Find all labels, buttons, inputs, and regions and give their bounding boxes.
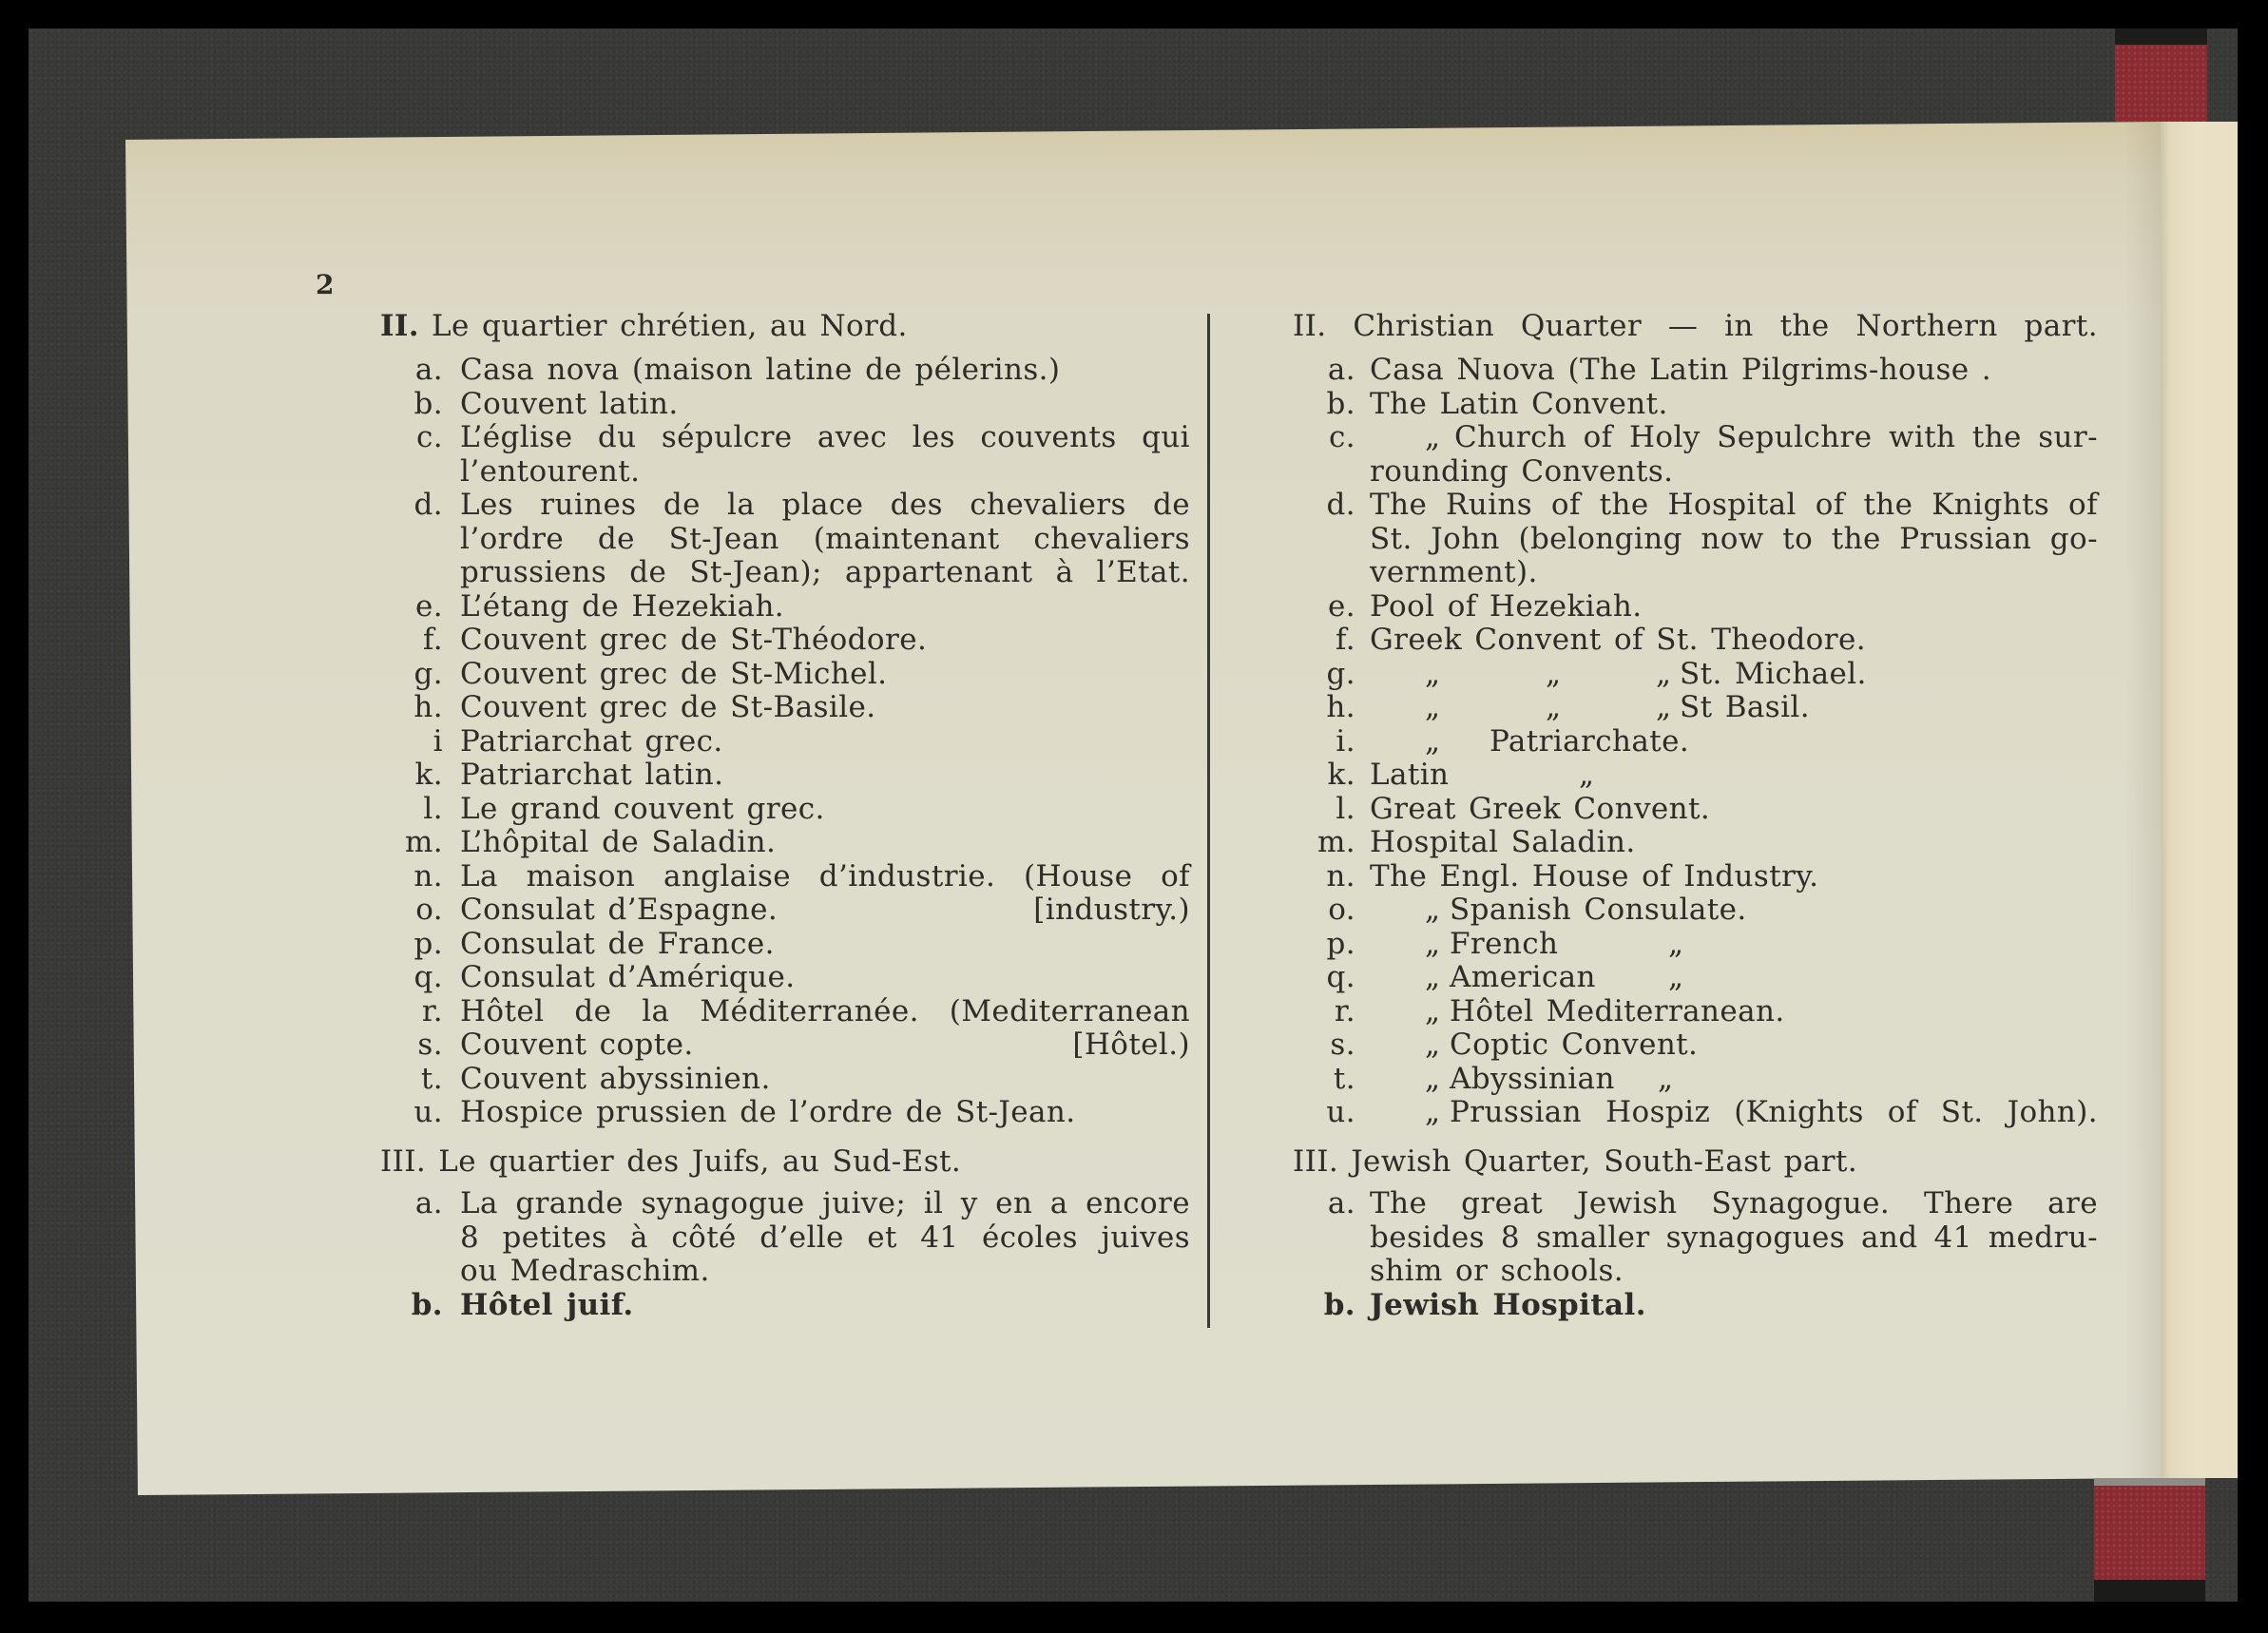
en-entry-f: f.Greek Convent of St. Theodore.	[1293, 624, 2098, 658]
en-s3-entry-a-cont-2: shim or schools.	[1293, 1255, 2098, 1289]
fr-entry-k: k.Patriarchat latin.	[380, 759, 1190, 793]
en-entry-c-cont: rounding Convents.	[1293, 455, 2098, 490]
entry-text: Great Greek Convent.	[1370, 793, 2098, 827]
entry-text: „ Hôtel Mediterranean.	[1370, 995, 2098, 1029]
fr-entry-d-cont-2: prussiens de St-Jean); appartenant à l’E…	[380, 556, 1190, 590]
entry-letter: a.	[380, 1187, 443, 1221]
entry-letter: i	[380, 725, 443, 759]
entry-letter: m.	[380, 826, 443, 860]
ditto-mark: „	[1425, 893, 1440, 928]
entry-letter-blank	[380, 455, 443, 490]
entry-letter-blank	[380, 1221, 443, 1256]
entry-letter: r.	[1293, 995, 1355, 1029]
entry-letter: p.	[1293, 928, 1355, 962]
entry-text: shim or schools.	[1370, 1255, 2098, 1289]
en-section-3-list: a.The great Jewish Synagogue. There are …	[1293, 1187, 2098, 1322]
entry-text: La grande synagogue juive; il y en a enc…	[460, 1187, 1190, 1221]
entry-main: Coptic Convent.	[1450, 1028, 1698, 1063]
fr-entry-n: n.La maison anglaise d’industrie. (House…	[380, 860, 1190, 894]
en-entry-e: e.Pool of Hezekiah.	[1293, 590, 2098, 624]
entry-letter: a.	[1293, 1187, 1355, 1221]
entry-text: Hospital Saladin.	[1370, 826, 2098, 860]
ditto-mark: „	[1425, 1028, 1440, 1063]
entry-text: prussiens de St-Jean); appartenant à l’E…	[460, 556, 1190, 590]
fr-entry-i: iPatriarchat grec.	[380, 725, 1190, 759]
entry-text: „ Prussian Hospiz (Knights of St. John).	[1370, 1096, 2098, 1130]
entry-letter: g.	[1293, 658, 1355, 692]
en-entry-l: l.Great Greek Convent.	[1293, 793, 2098, 827]
page-fold-shadow	[2124, 122, 2161, 1479]
entry-text: „ „ „ St. Michael.	[1370, 658, 2098, 692]
entry-text: l’ordre de St-Jean (maintenant chevalier…	[460, 523, 1190, 557]
fr-entry-m: m.L’hôpital de Saladin.	[380, 826, 1190, 860]
entry-main: Hôtel Mediterranean.	[1450, 995, 1785, 1029]
ditto-mark: „	[1658, 1063, 1673, 1097]
en-entry-k: k. Latin „	[1293, 759, 2098, 793]
en-section-3-heading: III.Jewish Quarter, South-East part.	[1293, 1145, 2098, 1180]
entry-text: The Latin Convent.	[1370, 388, 2098, 422]
entry-english-note: [Hôtel.)	[1072, 1028, 1190, 1063]
fr-section-2-list: a.Casa nova (maison latine de pélerins.)…	[380, 354, 1190, 1130]
entry-text: Latin „	[1370, 759, 2098, 793]
fr-entry-r: r.Hôtel de la Méditerranée. (Mediterrane…	[380, 995, 1190, 1029]
binding-bottom-edge	[2094, 1478, 2205, 1486]
en-entry-g: g. „ „ „ St. Michael.	[1293, 658, 2098, 692]
entry-text: Couvent grec de St-Basile.	[460, 691, 1190, 725]
fr-entry-h: h.Couvent grec de St-Basile.	[380, 691, 1190, 725]
entry-text: Jewish Hospital.	[1370, 1289, 2098, 1323]
en-s3-entry-b: b.Jewish Hospital.	[1293, 1289, 2098, 1323]
fr-entry-s: s.Couvent copte.[Hôtel.)	[380, 1028, 1190, 1063]
entry-letter: d.	[1293, 489, 1355, 523]
fr-section-3-heading: III.Le quartier des Juifs, au Sud-Est.	[380, 1145, 1190, 1180]
ditto-mark: „	[1425, 691, 1440, 725]
ditto-mark: „	[1425, 961, 1440, 995]
fr-entry-f: f.Couvent grec de St-Théodore.	[380, 624, 1190, 658]
entry-text: The Ruins of the Hospital of the Knights…	[1370, 489, 2098, 523]
entry-letter: b.	[380, 1289, 443, 1323]
entry-letter: q.	[1293, 961, 1355, 995]
entry-letter: b.	[1293, 1289, 1355, 1323]
entry-letter-blank	[1293, 1221, 1355, 1256]
section-numeral: II.	[1293, 309, 1327, 343]
entry-text: L’hôpital de Saladin.	[460, 826, 1190, 860]
entry-text: Casa Nuova (The Latin Pilgrims-house .	[1370, 354, 2098, 388]
ditto-mark: „	[1425, 1063, 1440, 1097]
fr-s3-entry-a: a.La grande synagogue juive; il y en a e…	[380, 1187, 1190, 1221]
entry-main: Latin	[1370, 759, 1449, 793]
entry-letter: n.	[1293, 860, 1355, 894]
entry-text: rounding Convents.	[1370, 455, 2098, 490]
en-entry-d-cont-2: vernment).	[1293, 556, 2098, 590]
fr-entry-o: o.Consulat d’Espagne.[industry.)	[380, 893, 1190, 928]
fr-entry-c: c.L’église du sépulcre avec les couvents…	[380, 421, 1190, 455]
entry-letter: t.	[1293, 1063, 1355, 1097]
entry-letter-blank	[380, 1255, 443, 1289]
entry-text: Patriarchat grec.	[460, 725, 1190, 759]
entry-letter: l.	[1293, 793, 1355, 827]
entry-text: Casa nova (maison latine de pélerins.)	[460, 354, 1190, 388]
entry-text: Hospice prussien de l’ordre de St-Jean.	[460, 1096, 1190, 1130]
entry-letter: h.	[380, 691, 443, 725]
entry-text: Couvent grec de St-Théodore.	[460, 624, 1190, 658]
entry-letter: f.	[380, 624, 443, 658]
entry-letter: l.	[380, 793, 443, 827]
section-numeral: III.	[1293, 1144, 1338, 1179]
en-s3-entry-a-cont-1: besides 8 smaller synagogues and 41 medr…	[1293, 1221, 2098, 1256]
entry-text: Consulat d’Espagne.[industry.)	[460, 893, 1190, 928]
ditto-mark: „	[1656, 691, 1671, 725]
entry-text: „ Patriarchate.	[1370, 725, 2098, 759]
en-entry-d-cont-1: St. John (belonging now to the Prussian …	[1293, 523, 2098, 557]
fr-entry-e: e.L’étang de Hezekiah.	[380, 590, 1190, 624]
entry-text: vernment).	[1370, 556, 2098, 590]
entry-main: Consulat d’Espagne.	[460, 893, 778, 928]
entry-letter: c.	[380, 421, 443, 455]
french-column: II.Le quartier chrétien, au Nord. a.Casa…	[380, 310, 1190, 1322]
en-section-2-list: a.Casa Nuova (The Latin Pilgrims-house .…	[1293, 354, 2098, 1130]
entry-text: The great Jewish Synagogue. There are	[1370, 1187, 2098, 1221]
page-number: 2	[316, 269, 334, 301]
entry-letter-blank	[380, 556, 443, 590]
entry-letter: t.	[380, 1063, 443, 1097]
entry-letter: b.	[1293, 388, 1355, 422]
entry-letter: i.	[1293, 725, 1355, 759]
entry-main: Hôtel de la Méditerranée.	[460, 994, 919, 1028]
entry-letter-blank	[1293, 1255, 1355, 1289]
fr-section-3-list: a.La grande synagogue juive; il y en a e…	[380, 1187, 1190, 1322]
entry-letter-blank	[1293, 455, 1355, 490]
entry-letter-blank	[1293, 523, 1355, 557]
entry-letter: u.	[380, 1096, 443, 1130]
entry-letter: k.	[1293, 759, 1355, 793]
entry-main: La maison anglaise d’industrie.	[460, 859, 995, 893]
section-numeral: III.	[380, 1144, 426, 1179]
en-entry-a: a.Casa Nuova (The Latin Pilgrims-house .	[1293, 354, 2098, 388]
entry-letter: k.	[380, 759, 443, 793]
entry-letter: o.	[1293, 893, 1355, 928]
entry-letter: r.	[380, 995, 443, 1029]
section-title: Christian Quarter — in the Northern part…	[1353, 309, 2098, 343]
entry-text: St. John (belonging now to the Prussian …	[1370, 523, 2098, 557]
binding-bottom-band	[2094, 1580, 2205, 1602]
fr-section-2-heading: II.Le quartier chrétien, au Nord.	[380, 310, 1190, 344]
entry-letter: f.	[1293, 624, 1355, 658]
ditto-mark: „	[1425, 1096, 1440, 1130]
entry-english-note: (Mediterranean	[950, 994, 1190, 1028]
ditto-mark: „	[1425, 725, 1440, 759]
entry-text: Consulat d’Amérique.	[460, 961, 1190, 995]
en-entry-q: q. „ American „	[1293, 961, 2098, 995]
binding-bottom-ribbon	[2094, 1486, 2205, 1580]
en-section-2-heading: II. Christian Quarter — in the Northern …	[1293, 310, 2098, 344]
entry-letter: b.	[380, 388, 443, 422]
entry-text: „ Coptic Convent.	[1370, 1028, 2098, 1063]
entry-letter: u.	[1293, 1096, 1355, 1130]
entry-main: Church of Holy Sepulchre with the sur-	[1454, 421, 2098, 455]
entry-letter: e.	[1293, 590, 1355, 624]
en-entry-m: m.Hospital Saladin.	[1293, 826, 2098, 860]
entry-main: Patriarchate.	[1490, 725, 1689, 759]
en-entry-r: r. „ Hôtel Mediterranean.	[1293, 995, 2098, 1029]
entry-letter: c.	[1293, 421, 1355, 455]
entry-text: „ Spanish Consulate.	[1370, 893, 2098, 928]
en-entry-c: c. „ Church of Holy Sepulchre with the s…	[1293, 421, 2098, 455]
fr-s3-entry-a-cont-2: ou Medraschim.	[380, 1255, 1190, 1289]
fr-entry-d: d.Les ruines de la place des chevaliers …	[380, 489, 1190, 523]
entry-text: Couvent abyssinien.	[460, 1063, 1190, 1097]
ditto-mark: „	[1668, 961, 1683, 995]
binding-top-ribbon	[2115, 45, 2207, 122]
fr-s3-entry-a-cont-1: 8 petites à côté d’elle et 41 écoles jui…	[380, 1221, 1190, 1256]
entry-text: ou Medraschim.	[460, 1255, 1190, 1289]
fr-entry-l: l.Le grand couvent grec.	[380, 793, 1190, 827]
fr-entry-p: p.Consulat de France.	[380, 928, 1190, 962]
ditto-mark: „	[1425, 995, 1440, 1029]
en-entry-s: s. „ Coptic Convent.	[1293, 1028, 2098, 1063]
entry-main: Couvent copte.	[460, 1028, 694, 1063]
en-entry-b: b.The Latin Convent.	[1293, 388, 2098, 422]
fr-entry-a: a.Casa nova (maison latine de pélerins.)	[380, 354, 1190, 388]
entry-text: Couvent grec de St-Michel.	[460, 658, 1190, 692]
entry-main: Abyssinian	[1450, 1063, 1615, 1097]
entry-text: L’église du sépulcre avec les couvents q…	[460, 421, 1190, 455]
entry-letter: m.	[1293, 826, 1355, 860]
entry-text: The Engl. House of Industry.	[1370, 860, 2098, 894]
fr-entry-u: u.Hospice prussien de l’ordre de St-Jean…	[380, 1096, 1190, 1130]
entry-english-note: (House of	[1024, 859, 1190, 893]
entry-letter: h.	[1293, 691, 1355, 725]
en-entry-h: h. „ „ „ St Basil.	[1293, 691, 2098, 725]
entry-text: La maison anglaise d’industrie. (House o…	[460, 860, 1190, 894]
ditto-mark: „	[1668, 928, 1683, 962]
next-page-edge	[2161, 122, 2238, 1478]
english-column: II. Christian Quarter — in the Northern …	[1293, 310, 2098, 1322]
fr-s3-entry-b: b.Hôtel juif.	[380, 1289, 1190, 1323]
entry-text: „ Abyssinian „	[1370, 1063, 2098, 1097]
entry-letter: p.	[380, 928, 443, 962]
entry-text: „ American „	[1370, 961, 2098, 995]
section-title: Le quartier chrétien, au Nord.	[432, 309, 908, 343]
entry-main: Prussian Hospiz (Knights of St. John).	[1450, 1096, 2098, 1130]
ditto-mark: „	[1425, 928, 1440, 962]
entry-letter-blank	[380, 523, 443, 557]
ditto-mark: „	[1579, 759, 1594, 793]
entry-main: Spanish Consulate.	[1450, 893, 1747, 928]
entry-text: Couvent latin.	[460, 388, 1190, 422]
ditto-mark: „	[1546, 658, 1561, 692]
ditto-mark: „	[1425, 421, 1440, 455]
fr-entry-d-cont-1: l’ordre de St-Jean (maintenant chevalier…	[380, 523, 1190, 557]
entry-letter: e.	[380, 590, 443, 624]
entry-text: „ French „	[1370, 928, 2098, 962]
entry-text: besides 8 smaller synagogues and 41 medr…	[1370, 1221, 2098, 1256]
en-entry-n: n.The Engl. House of Industry.	[1293, 860, 2098, 894]
entry-letter: o.	[380, 893, 443, 928]
entry-main: American	[1450, 961, 1596, 995]
entry-main: French	[1450, 928, 1558, 962]
entry-text: Hôtel juif.	[460, 1289, 1190, 1323]
fr-entry-c-cont: l’entourent.	[380, 455, 1190, 490]
en-entry-o: o. „ Spanish Consulate.	[1293, 893, 2098, 928]
entry-text: Consulat de France.	[460, 928, 1190, 962]
entry-letter: q.	[380, 961, 443, 995]
section-title: Le quartier des Juifs, au Sud-Est.	[438, 1144, 961, 1179]
entry-letter: d.	[380, 489, 443, 523]
fr-entry-q: q.Consulat d’Amérique.	[380, 961, 1190, 995]
entry-text: Pool of Hezekiah.	[1370, 590, 2098, 624]
en-entry-t: t. „ Abyssinian „	[1293, 1063, 2098, 1097]
ditto-mark: „	[1425, 658, 1440, 692]
section-title: Jewish Quarter, South-East part.	[1351, 1144, 1857, 1179]
fr-entry-b: b.Couvent latin.	[380, 388, 1190, 422]
entry-letter: s.	[1293, 1028, 1355, 1063]
entry-letter-blank	[1293, 556, 1355, 590]
entry-letter: n.	[380, 860, 443, 894]
entry-text: 8 petites à côté d’elle et 41 écoles jui…	[460, 1221, 1190, 1256]
binding-top-band	[2115, 29, 2207, 45]
entry-text: Couvent copte.[Hôtel.)	[460, 1028, 1190, 1063]
en-entry-p: p. „ French „	[1293, 928, 2098, 962]
entry-english-note: [industry.)	[1033, 893, 1190, 928]
entry-text: Les ruines de la place des chevaliers de	[460, 489, 1190, 523]
en-entry-u: u. „ Prussian Hospiz (Knights of St. Joh…	[1293, 1096, 2098, 1130]
fr-entry-g: g.Couvent grec de St-Michel.	[380, 658, 1190, 692]
fr-entry-t: t.Couvent abyssinien.	[380, 1063, 1190, 1097]
entry-text: Patriarchat latin.	[460, 759, 1190, 793]
entry-text: Hôtel de la Méditerranée. (Mediterranean	[460, 995, 1190, 1029]
entry-letter: a.	[380, 354, 443, 388]
entry-text: L’étang de Hezekiah.	[460, 590, 1190, 624]
entry-text: Greek Convent of St. Theodore.	[1370, 624, 2098, 658]
section-numeral: II.	[380, 309, 419, 343]
entry-letter: s.	[380, 1028, 443, 1063]
en-entry-i: i. „ Patriarchate.	[1293, 725, 2098, 759]
ditto-mark: „	[1656, 658, 1671, 692]
entry-text: „ Church of Holy Sepulchre with the sur-	[1370, 421, 2098, 455]
entry-main: St. Michael.	[1680, 658, 1867, 692]
entry-text: Le grand couvent grec.	[460, 793, 1190, 827]
ditto-mark: „	[1546, 691, 1561, 725]
entry-letter: g.	[380, 658, 443, 692]
en-s3-entry-a: a.The great Jewish Synagogue. There are	[1293, 1187, 2098, 1221]
column-divider	[1207, 314, 1210, 1328]
entry-letter: a.	[1293, 354, 1355, 388]
entry-main: St Basil.	[1680, 691, 1810, 725]
entry-text: „ „ „ St Basil.	[1370, 691, 2098, 725]
en-entry-d: d.The Ruins of the Hospital of the Knigh…	[1293, 489, 2098, 523]
entry-text: l’entourent.	[460, 455, 1190, 490]
